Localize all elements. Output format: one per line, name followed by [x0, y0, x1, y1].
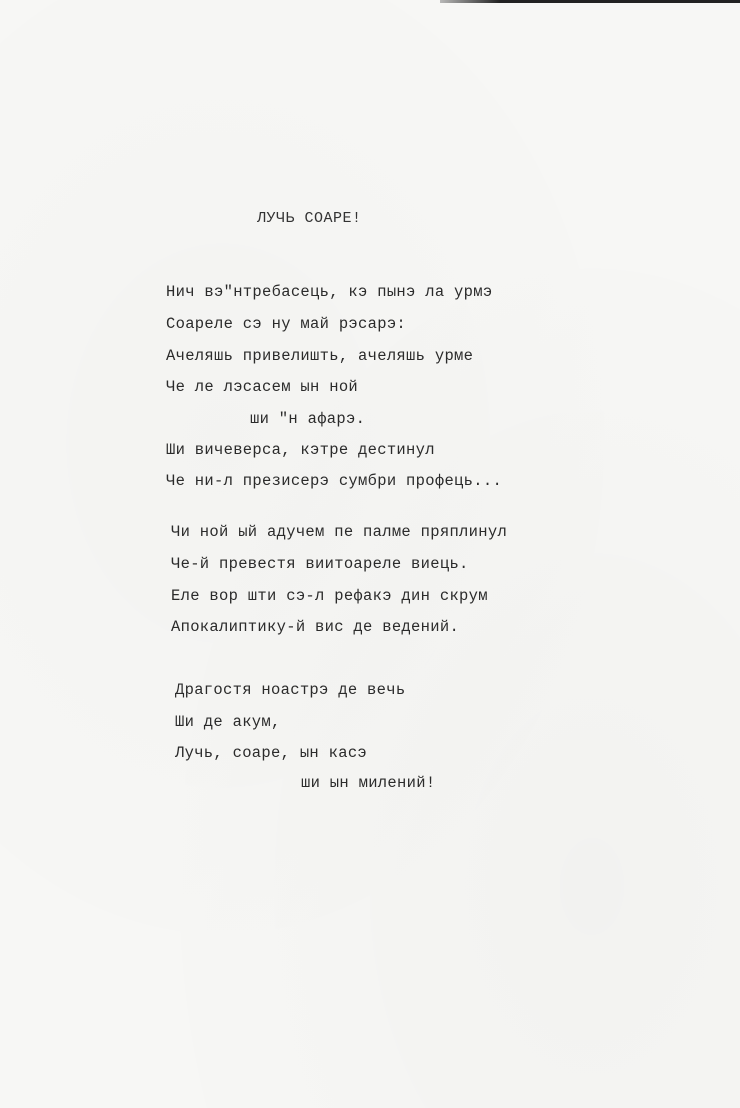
poem-line: Ши вичеверса, кэтре дестинул: [166, 441, 435, 459]
poem-line: Соареле сэ ну май рэсарэ:: [166, 315, 406, 333]
poem-line: Чи ной ый адучем пе палме пряплинул: [171, 523, 507, 541]
poem-line: ши "н афарэ.: [250, 410, 365, 428]
poem-line: Че ни-л презисерэ сумбри профець...: [166, 472, 502, 490]
poem-line: Че-й превестя виитоареле виець.: [171, 555, 469, 573]
poem-line: Драгостя ноастрэ де вечь: [175, 681, 405, 699]
poem-line: Апокалиптику-й вис де ведений.: [171, 618, 459, 636]
poem-title: ЛУЧЬ СОАРЕ!: [257, 210, 362, 227]
poem-line: ши ын милений!: [301, 774, 435, 792]
page-edge-shadow: [440, 0, 740, 3]
poem-line: Еле вор шти сэ-л рефакэ дин скрум: [171, 587, 488, 605]
poem-line: Ачеляшь привелишть, ачеляшь урме: [166, 347, 473, 365]
typewritten-page: ЛУЧЬ СОАРЕ! Нич вэ"нтребасець, кэ пынэ л…: [0, 0, 740, 1108]
poem-line: Ши де акум,: [175, 713, 281, 731]
poem-line: Нич вэ"нтребасець, кэ пынэ ла урмэ: [166, 283, 492, 301]
poem-line: Лучь, соаре, ын касэ: [175, 744, 367, 762]
poem-line: Че ле лэсасем ын ной: [166, 378, 358, 396]
